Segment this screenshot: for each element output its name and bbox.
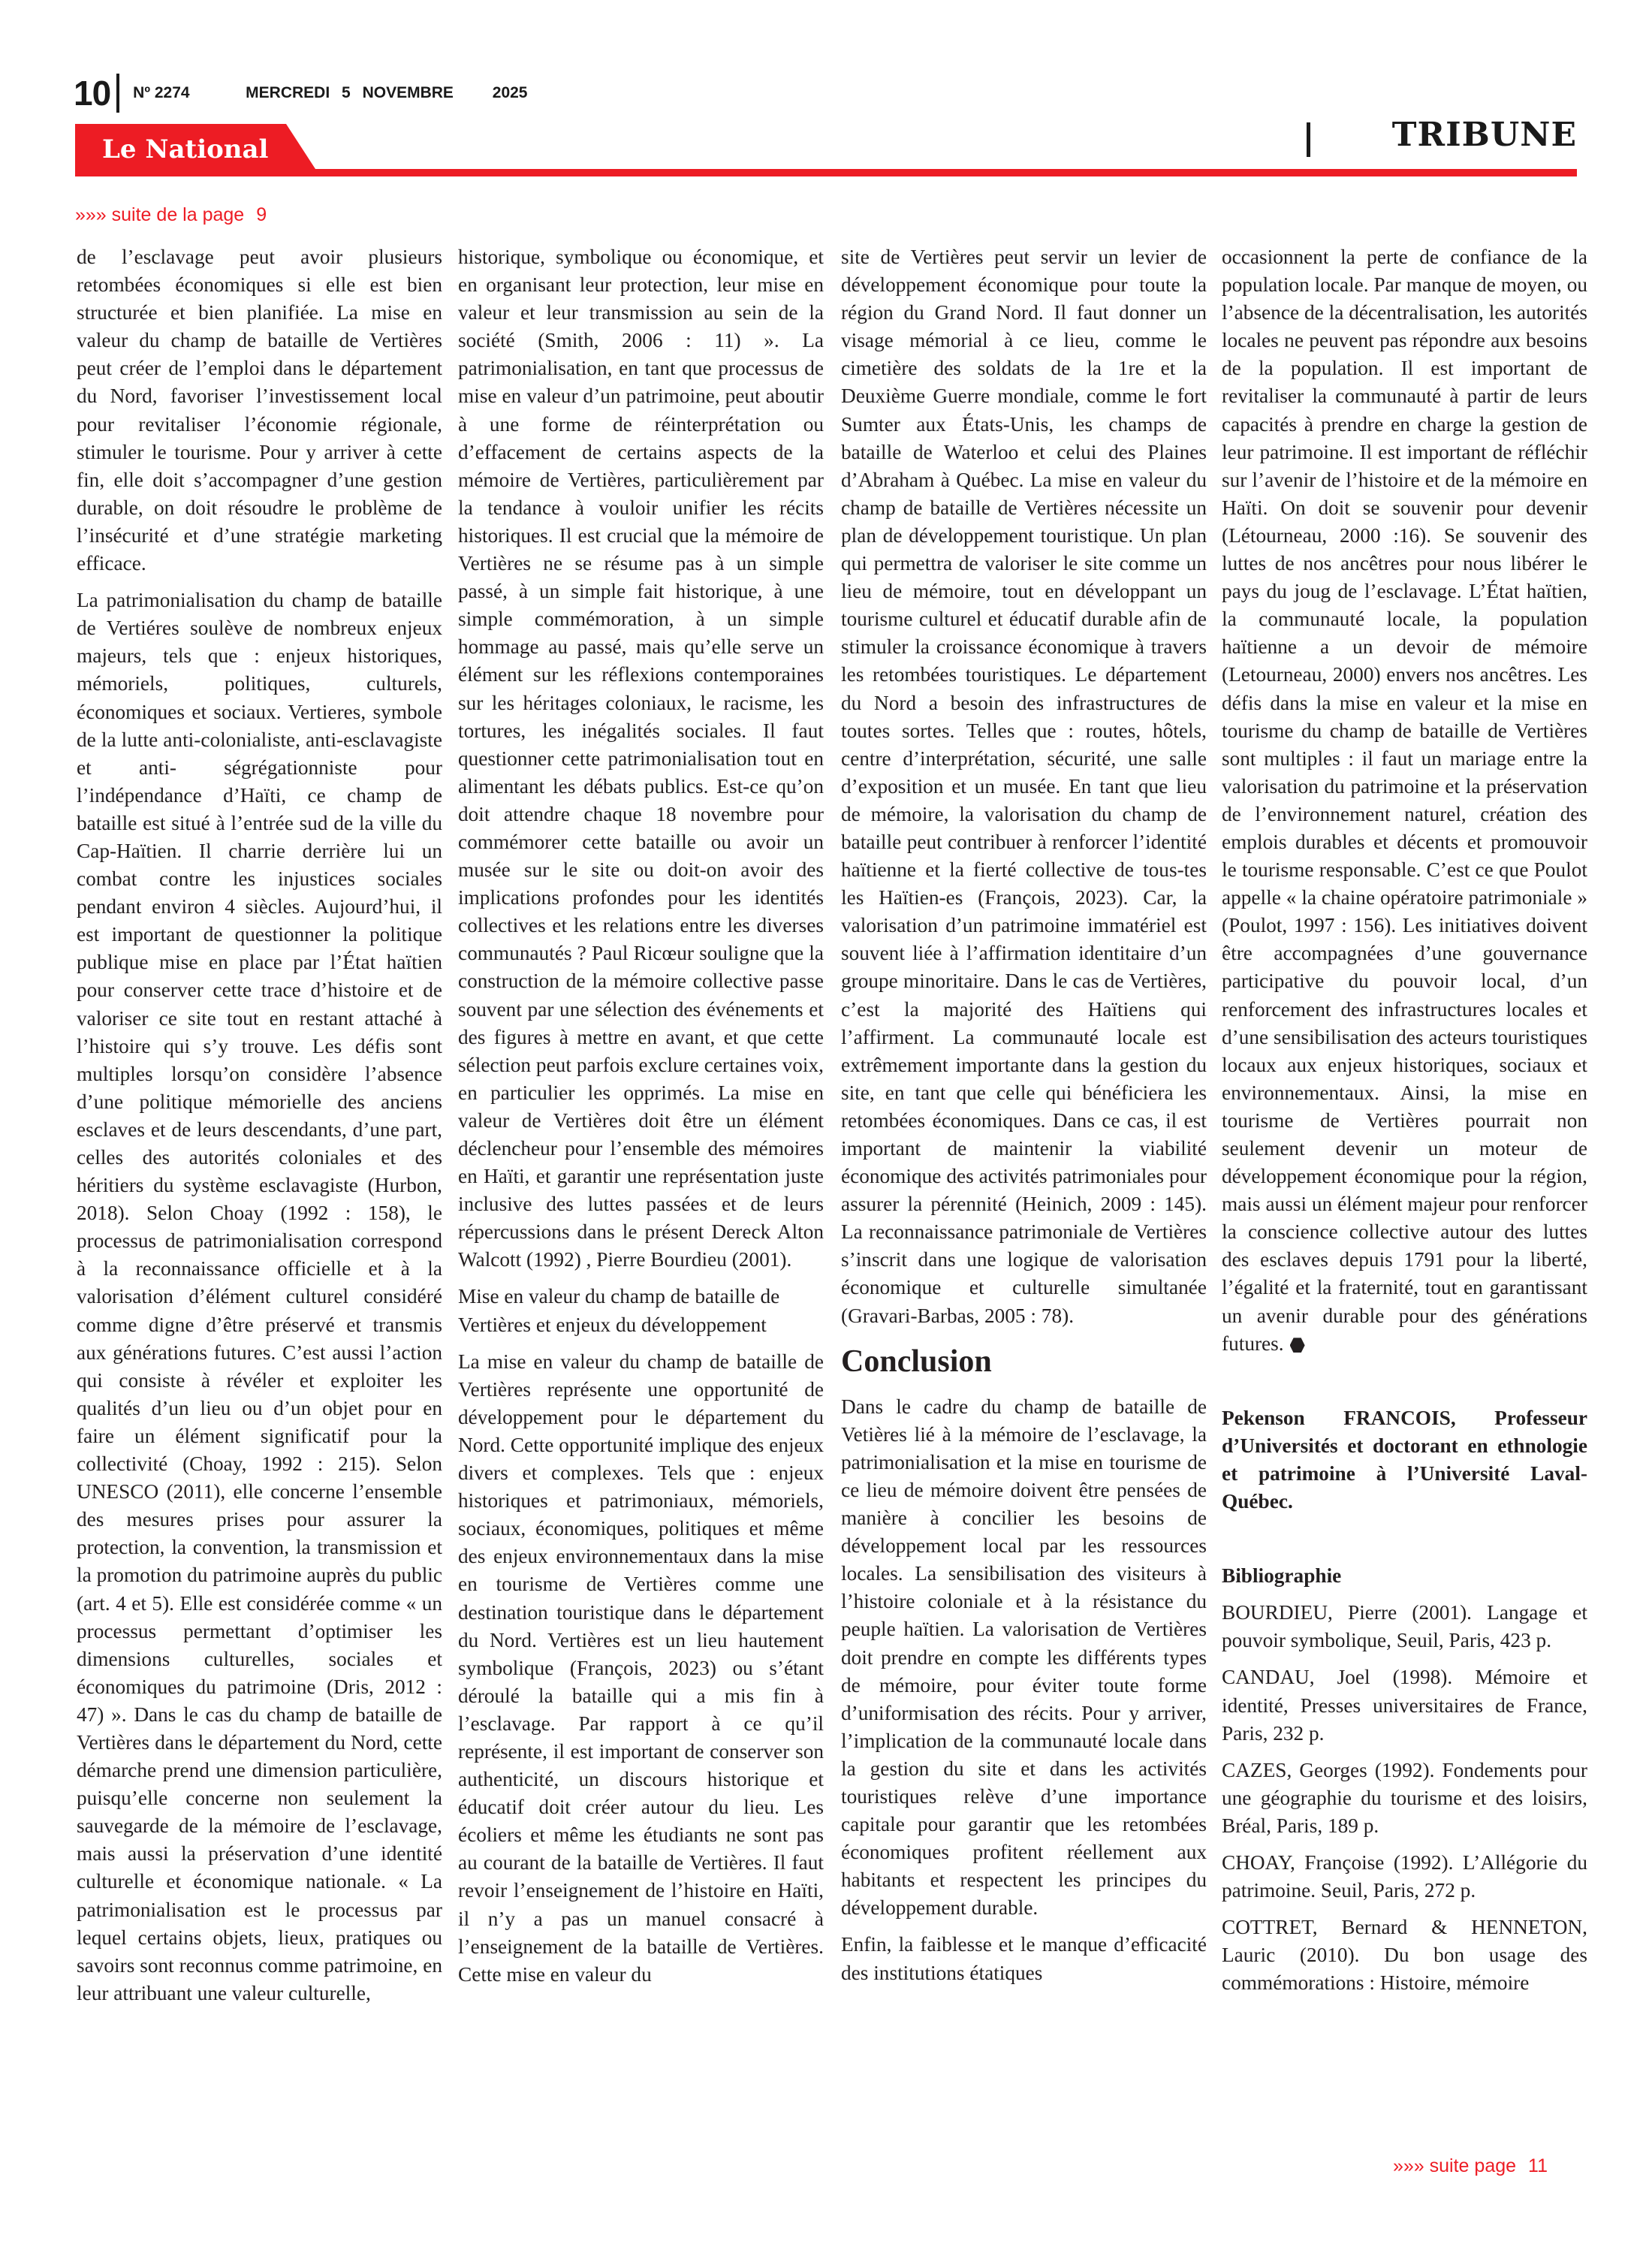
issue-number: Nº 2274 (133, 84, 246, 102)
date-day: 5 (342, 84, 351, 101)
brand-banner: Le National (75, 124, 1577, 176)
continued-on-label: »»» suite page (1393, 2155, 1516, 2176)
end-of-article-icon (1290, 1338, 1305, 1353)
bibliography-entry: BOURDIEU, Pierre (2001). Langage et pouv… (1222, 1599, 1587, 1654)
continued-from-label: »»» suite de la page (75, 204, 244, 225)
continued-on-page: 11 (1528, 2155, 1548, 2176)
publication-date: MERCREDI 5 NOVEMBRE 2025 (246, 84, 527, 102)
paragraph: Dans le cadre du champ de bataille de Ve… (841, 1393, 1207, 1923)
date-year: 2025 (493, 84, 528, 101)
brand-rule (300, 169, 1577, 176)
bibliography-entry: CHOAY, Françoise (1992). L’Allégorie du … (1222, 1849, 1587, 1905)
article-column-3: site de Vertières peut servir un levier … (841, 243, 1207, 1996)
bibliography-entry: CAZES, Georges (1992). Fondements pour u… (1222, 1757, 1587, 1840)
section-divider (1307, 122, 1310, 157)
paragraph: La mise en valeur du champ de bataille d… (458, 1348, 824, 1989)
paragraph: occasionnent la perte de confiance de la… (1222, 243, 1587, 1358)
page-number: 10 (74, 73, 110, 113)
article-column-1: de l’esclavage peut avoir plusieurs reto… (77, 243, 442, 2016)
page-header: 10 Nº 2274 MERCREDI 5 NOVEMBRE 2025 (74, 72, 527, 114)
continued-on-link[interactable]: »»» suite page11 (1393, 2155, 1548, 2177)
continued-from-link[interactable]: »»» suite de la page9 (75, 204, 267, 226)
date-weekday: MERCREDI (246, 84, 330, 101)
subheading: Mise en valeur du champ de bataille de V… (458, 1283, 824, 1338)
bibliography-entry: CANDAU, Joel (1998). Mémoire et identité… (1222, 1663, 1587, 1747)
paragraph: La patrimonialisation du champ de batail… (77, 587, 442, 2007)
bibliography-entry: COTTRET, Bernard & HENNETON, Lauric (201… (1222, 1914, 1587, 1997)
conclusion-heading: Conclusion (841, 1341, 1207, 1383)
header-divider (116, 74, 119, 113)
date-month: NOVEMBRE (363, 84, 454, 101)
bibliography-heading: Bibliographie (1222, 1562, 1587, 1590)
paragraph: Enfin, la faiblesse et le manque d’effic… (841, 1931, 1207, 1986)
article-column-2: historique, symbolique ou économique, et… (458, 243, 824, 1998)
paragraph-text: occasionnent la perte de confiance de la… (1222, 246, 1587, 1355)
paragraph: site de Vertières peut servir un levier … (841, 243, 1207, 1330)
continued-from-page: 9 (256, 204, 267, 225)
paragraph: historique, symbolique ou économique, et… (458, 243, 824, 1274)
section-title: TRIBUNE (1392, 116, 1577, 154)
paragraph: de l’esclavage peut avoir plusieurs reto… (77, 243, 442, 578)
author-bio: Pekenson FRANCOIS, Professeur d’Universi… (1222, 1404, 1587, 1516)
article-column-4: occasionnent la perte de confiance de la… (1222, 243, 1587, 2006)
newspaper-logo: Le National (102, 134, 268, 164)
